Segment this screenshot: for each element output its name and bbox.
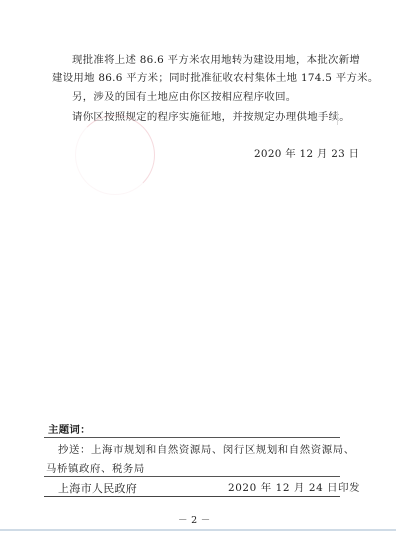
page-edge-rule	[0, 529, 396, 531]
official-seal-icon	[75, 115, 155, 195]
issue-date: 2020 年 12 月 24 日印发	[228, 482, 360, 495]
body-paragraph-1-cont: 建设用地 86.6 平方米；同时批准征收农村集体土地 174.5 平方米。	[52, 72, 379, 85]
issuing-authority: 上海市人民政府	[58, 482, 137, 495]
divider-middle	[44, 476, 340, 477]
divider-top	[44, 437, 340, 438]
signing-date: 2020 年 12 月 23 日	[254, 148, 359, 161]
margin-mark	[337, 111, 338, 125]
body-paragraph-1: 现批准将上述 86.6 平方米农用地转为建设用地，本批次新增	[72, 54, 360, 67]
cc-recipients-line-1: 抄送：上海市规划和自然资源局、闵行区规划和自然资源局、	[58, 444, 355, 457]
page-number: － 2 －	[178, 514, 211, 527]
cc-recipients-line-2: 马桥镇政府、税务局	[46, 463, 145, 476]
divider-bottom	[44, 496, 340, 497]
body-paragraph-2: 另，涉及的国有土地应由你区按相应程序收回。	[72, 91, 297, 104]
subject-keywords-label: 主题词：	[48, 424, 91, 437]
